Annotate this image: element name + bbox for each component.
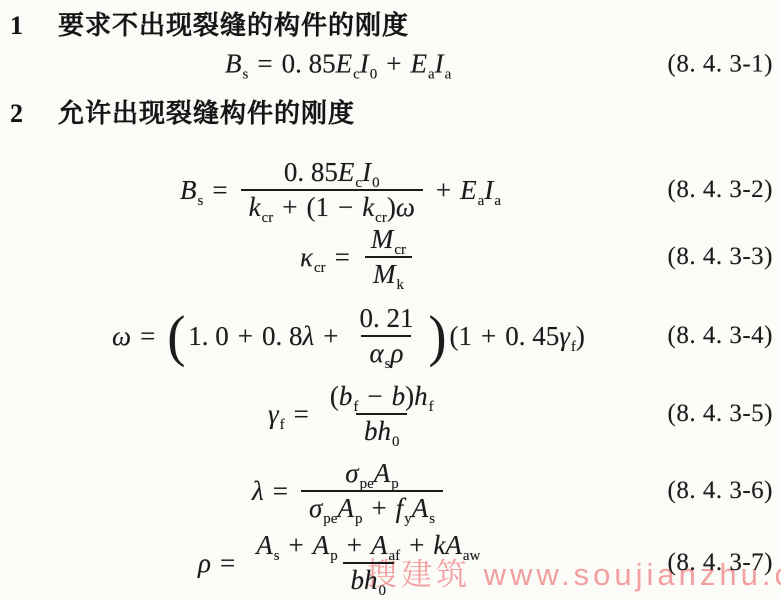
math-subscript: 0 — [379, 583, 387, 599]
math-token: κcr — [300, 242, 326, 273]
math-subscript: s — [429, 511, 435, 527]
math-token: + — [238, 321, 253, 352]
math-token: = — [294, 399, 309, 430]
math-token: = — [257, 49, 272, 80]
math-token: σpe — [309, 493, 338, 524]
math-token: As — [412, 493, 435, 524]
math-token: As — [256, 530, 279, 561]
equation-number: (8. 4. 3-7) — [668, 549, 773, 577]
equation-math: γf=(bf−b)hfbh0 — [268, 380, 446, 448]
math-token: + — [289, 530, 304, 561]
equation-row-8-4-3-5: γf=(bf−b)hfbh0 (8. 4. 3-5) — [0, 380, 781, 448]
math-token: I0 — [362, 157, 380, 188]
math-token: − — [338, 192, 353, 223]
math-token: h0 — [364, 565, 386, 596]
math-token: λ — [252, 476, 264, 507]
math-token: Aaf — [371, 530, 400, 561]
math-subscript: p — [355, 511, 363, 527]
section-number: 1 — [10, 11, 36, 41]
math-token: Ea — [460, 175, 484, 206]
math-token: ω — [112, 321, 131, 352]
math-token: Ap — [337, 493, 362, 524]
equation-row-8-4-3-4: ω=(1. 0+0. 8λ+0. 21αsρ)(1+0. 45γf) (8. 4… — [0, 302, 781, 370]
math-token: = — [273, 476, 288, 507]
math-subscript: c — [353, 67, 360, 83]
math-token: Bs — [225, 49, 248, 80]
equation-row-8-4-3-7: ρ=As+Ap+Aaf+kAawbh0 (8. 4. 3-7) — [0, 529, 781, 597]
math-token: + — [371, 493, 386, 524]
math-token: ω — [396, 192, 415, 223]
math-token: ) — [576, 321, 585, 352]
math-token: Ec — [336, 49, 360, 80]
section-heading-2: 2 允许出现裂缝构件的刚度 — [10, 93, 355, 130]
math-token: Mcr — [371, 224, 406, 255]
math-subscript: cr — [314, 260, 326, 276]
fraction: As+Ap+Aaf+kAawbh0 — [248, 529, 488, 597]
math-token: h0 — [377, 416, 399, 447]
math-token: I0 — [360, 49, 378, 80]
math-token: k — [433, 530, 445, 561]
math-subscript: a — [428, 67, 435, 83]
fraction: 0. 21αsρ — [351, 302, 421, 370]
math-token: + — [347, 530, 362, 561]
equation-math: λ=σpeApσpeAp+fyAs — [252, 457, 447, 525]
math-token: Ia — [484, 175, 501, 206]
math-subscript: f — [280, 417, 285, 433]
math-token: Aaw — [445, 530, 480, 561]
math-token: bf — [339, 381, 359, 412]
math-token: Bs — [180, 175, 203, 206]
math-token: + — [409, 530, 424, 561]
math-token: ( — [330, 381, 339, 412]
equation-row-8-4-3-3: κcr=McrMk (8. 4. 3-3) — [0, 223, 781, 291]
math-token: ) — [428, 310, 446, 361]
math-token: b — [351, 565, 365, 596]
math-token: + — [282, 192, 297, 223]
equation-math: Bs=0. 85EcI0kcr+(1−kcr)ω+EaIa — [180, 156, 501, 224]
fraction: McrMk — [363, 223, 414, 291]
math-token: ( — [449, 321, 458, 352]
equation-row-8-4-3-6: λ=σpeApσpeAp+fyAs (8. 4. 3-6) — [0, 457, 781, 525]
math-token: γf — [268, 399, 285, 430]
math-token: 0. 85 — [284, 157, 338, 188]
equation-math: Bs=0. 85EcI0+EaIa — [225, 49, 451, 80]
math-token: hf — [414, 381, 434, 412]
equation-number: (8. 4. 3-1) — [668, 50, 773, 78]
math-token: b — [364, 416, 378, 447]
math-token: kcr — [362, 192, 387, 223]
math-token: ( — [306, 192, 315, 223]
math-subscript: y — [404, 511, 412, 527]
math-token: 1 — [458, 321, 472, 352]
math-subscript: aw — [463, 548, 481, 564]
equation-row-8-4-3-2: Bs=0. 85EcI0kcr+(1−kcr)ω+EaIa (8. 4. 3-2… — [0, 156, 781, 224]
math-token: Ap — [374, 458, 399, 489]
math-subscript: k — [396, 277, 404, 293]
math-token: fy — [396, 493, 412, 524]
equation-number: (8. 4. 3-4) — [668, 322, 773, 350]
math-token: + — [386, 49, 401, 80]
math-token: 1 — [315, 192, 329, 223]
math-token: ρ — [391, 338, 404, 369]
math-token: λ — [303, 321, 315, 352]
section-heading-1: 1 要求不出现裂缝的构件的刚度 — [10, 5, 409, 42]
math-subscript: f — [429, 399, 434, 415]
math-token: + — [323, 321, 338, 352]
section-title: 要求不出现裂缝的构件的刚度 — [58, 5, 409, 42]
math-subscript: a — [445, 67, 452, 83]
math-token: = — [140, 321, 155, 352]
document-page: 1 要求不出现裂缝的构件的刚度 Bs=0. 85EcI0+EaIa (8. 4.… — [0, 0, 781, 600]
math-subscript: 0 — [370, 67, 378, 83]
equation-math: κcr=McrMk — [300, 223, 418, 291]
fraction: σpeApσpeAp+fyAs — [301, 457, 443, 525]
section-title: 允许出现裂缝构件的刚度 — [58, 93, 355, 130]
math-token: + — [481, 321, 496, 352]
fraction: (bf−b)hfbh0 — [322, 380, 442, 448]
math-token: Ea — [410, 49, 434, 80]
equation-number: (8. 4. 3-3) — [668, 243, 773, 271]
fraction: 0. 85EcI0kcr+(1−kcr)ω — [241, 156, 423, 224]
math-subscript: 0 — [392, 434, 400, 450]
math-subscript: p — [330, 548, 338, 564]
math-subscript: s — [243, 67, 249, 83]
math-subscript: s — [198, 193, 204, 209]
math-token: b — [392, 381, 406, 412]
math-token: 1. 0 — [188, 321, 229, 352]
math-token: ) — [405, 381, 414, 412]
equation-number: (8. 4. 3-6) — [668, 477, 773, 505]
math-subscript: s — [274, 548, 280, 564]
math-token: ρ — [198, 548, 211, 579]
math-token: ) — [387, 192, 396, 223]
math-token: 0. 45 — [505, 321, 559, 352]
math-token: − — [367, 381, 382, 412]
math-token: = — [220, 548, 235, 579]
math-token: Ap — [313, 530, 338, 561]
math-token: kcr — [249, 192, 274, 223]
math-token: = — [335, 242, 350, 273]
equation-number: (8. 4. 3-5) — [668, 400, 773, 428]
math-token: αs — [369, 338, 390, 369]
math-token: 0. 21 — [359, 303, 413, 334]
math-token: Mk — [373, 259, 404, 290]
math-subscript: pe — [323, 511, 337, 527]
math-token: ( — [167, 310, 185, 361]
math-token: Ia — [435, 49, 452, 80]
math-token: γf — [559, 321, 576, 352]
math-token: σpe — [345, 458, 374, 489]
section-number: 2 — [10, 99, 36, 129]
equation-math: ω=(1. 0+0. 8λ+0. 21αsρ)(1+0. 45γf) — [112, 302, 585, 370]
equation-number: (8. 4. 3-2) — [668, 176, 773, 204]
math-token: 0. 85 — [282, 49, 336, 80]
math-token: = — [212, 175, 227, 206]
math-token: Ec — [338, 157, 362, 188]
equation-math: ρ=As+Ap+Aaf+kAawbh0 — [198, 529, 492, 597]
math-token: + — [436, 175, 451, 206]
math-token: 0. 8 — [262, 321, 303, 352]
math-subscript: a — [494, 193, 501, 209]
equation-row-8-4-3-1: Bs=0. 85EcI0+EaIa (8. 4. 3-1) — [0, 49, 781, 80]
